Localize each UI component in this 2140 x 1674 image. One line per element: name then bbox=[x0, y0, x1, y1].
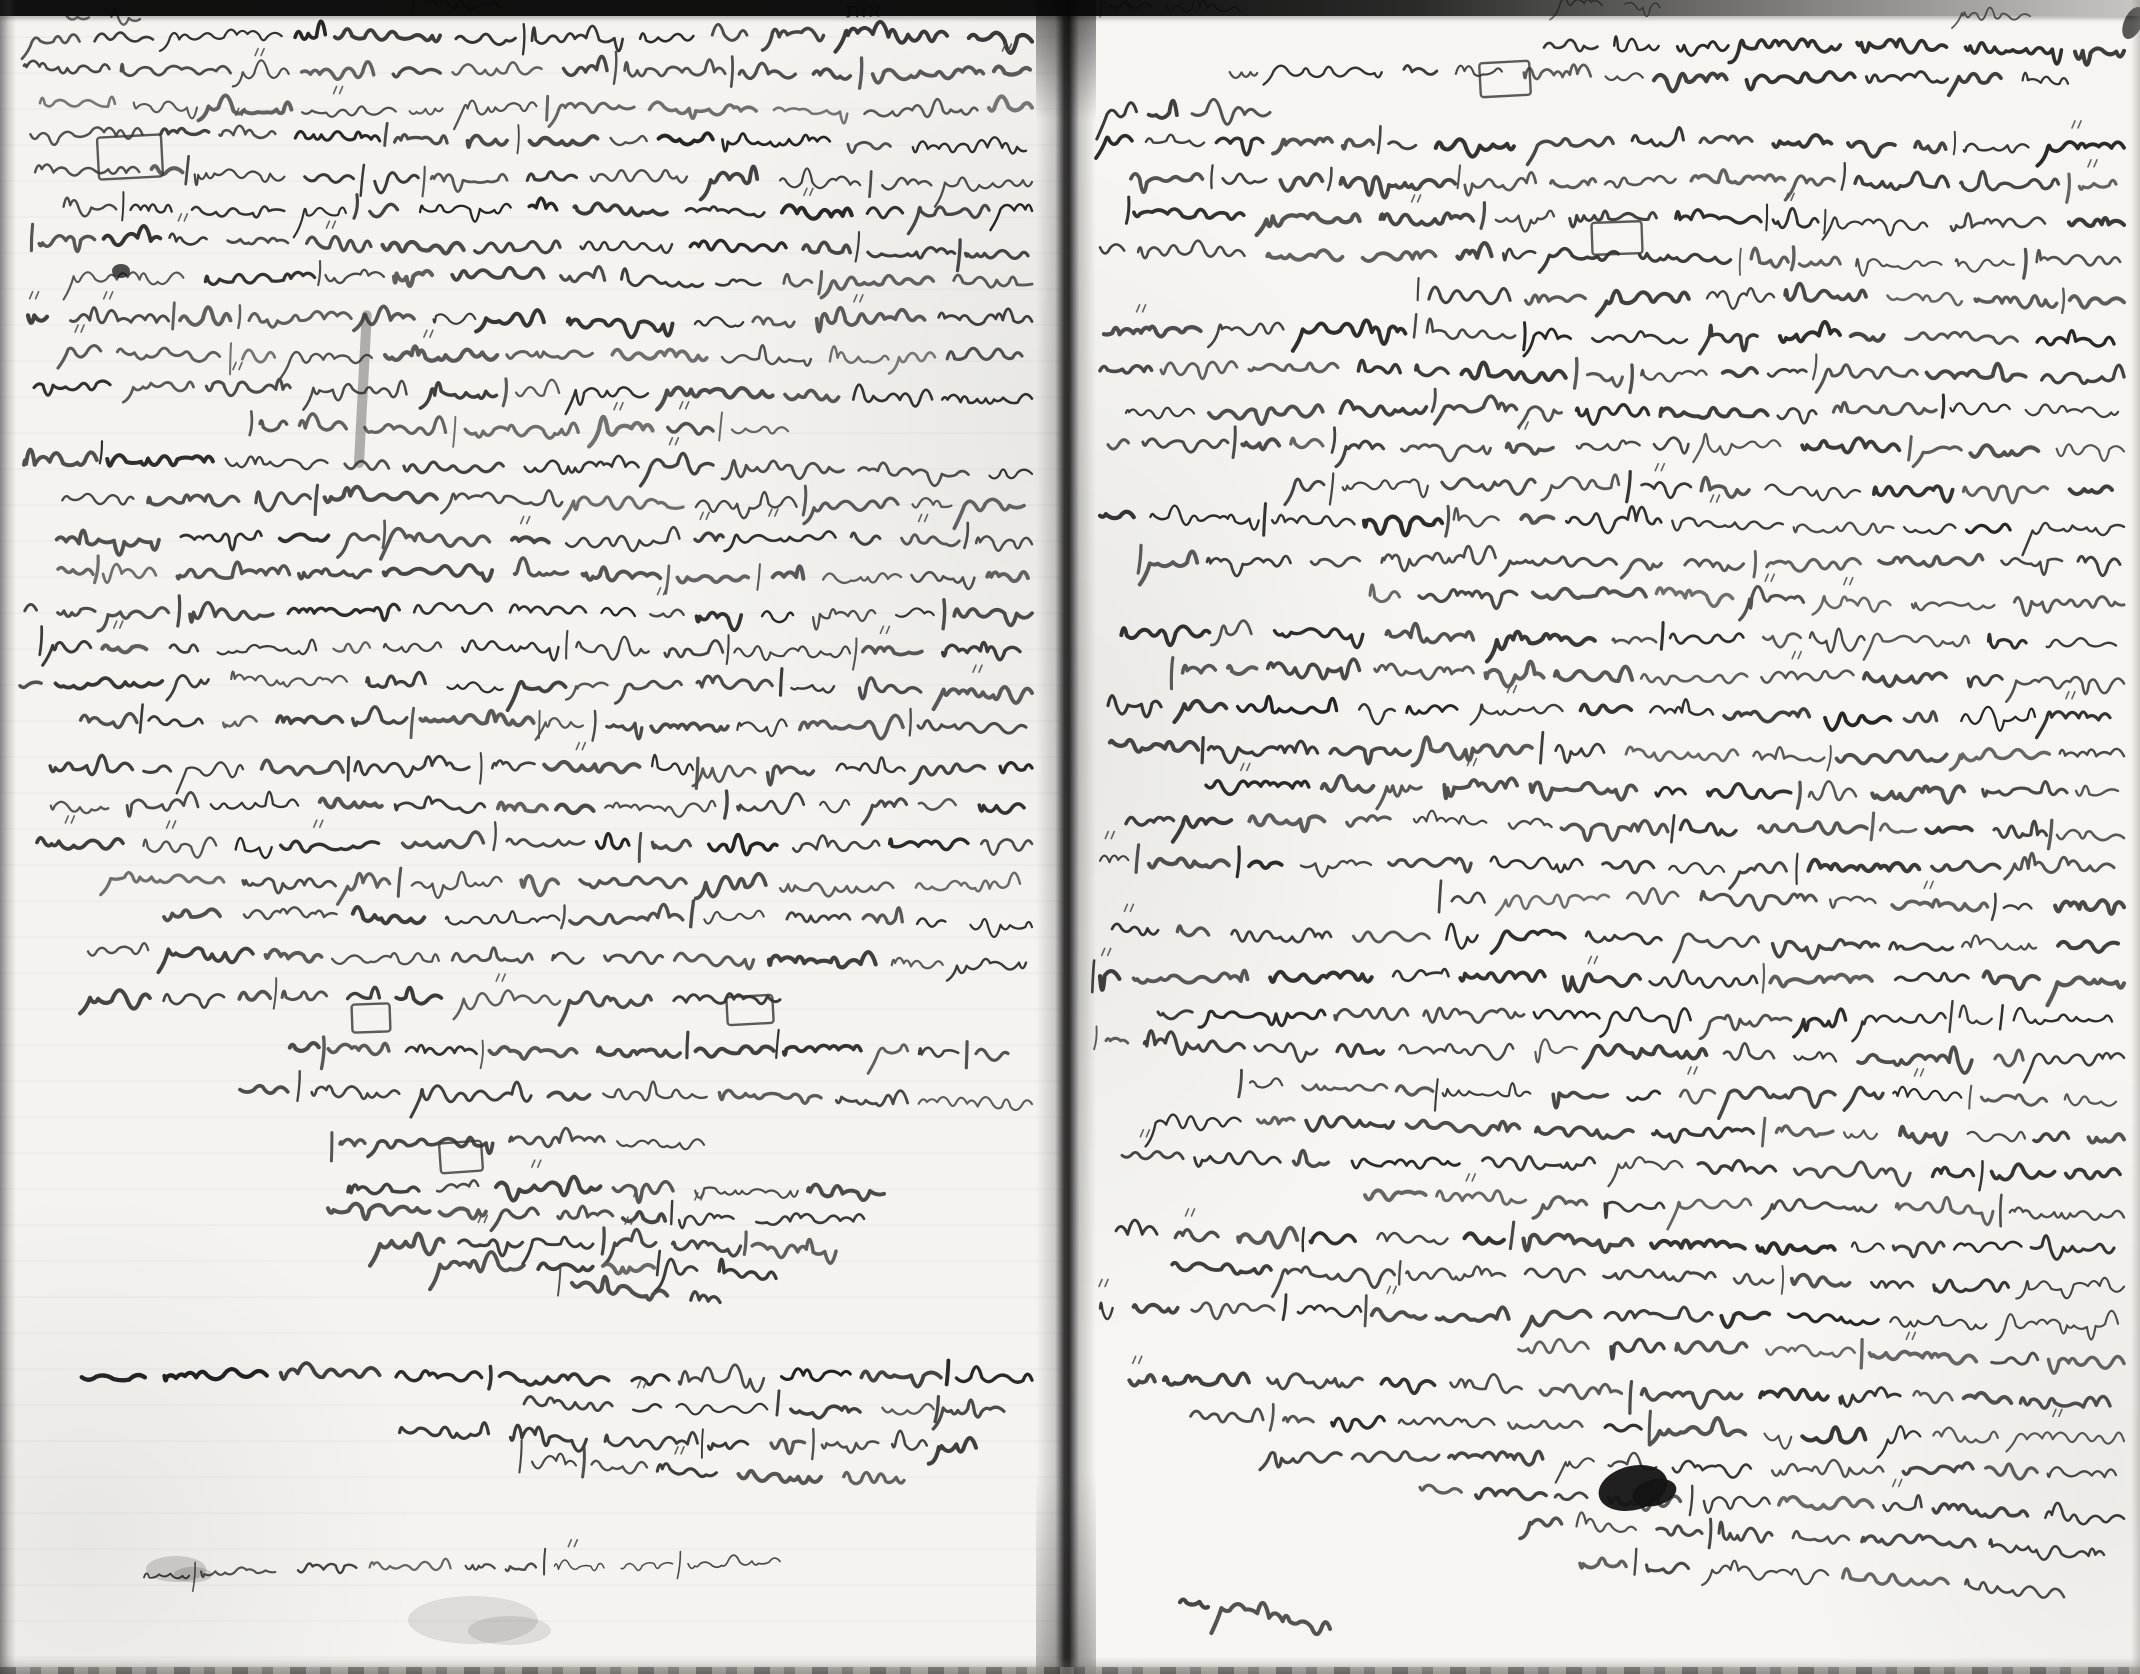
handwriting-stroke bbox=[395, 135, 448, 144]
handwriting-stroke bbox=[148, 495, 239, 506]
handwriting-stroke bbox=[383, 521, 385, 548]
handwriting-stroke bbox=[919, 515, 928, 522]
handwriting-stroke bbox=[430, 1252, 524, 1289]
handwriting-stroke bbox=[281, 841, 379, 852]
handwriting-stroke bbox=[1291, 438, 1323, 447]
handwriting-stroke bbox=[1476, 1489, 1546, 1500]
handwriting-stroke bbox=[1690, 1486, 1693, 1515]
handwriting-stroke bbox=[1449, 1451, 1543, 1464]
handwriting-stroke bbox=[496, 1177, 600, 1201]
handwriting-stroke bbox=[812, 1429, 813, 1459]
handwriting-stroke bbox=[1970, 445, 2038, 457]
handwriting-stroke bbox=[1542, 475, 1619, 500]
handwriting-stroke bbox=[1933, 1167, 1974, 1176]
handwriting-stroke bbox=[1802, 438, 1899, 452]
handwriting-stroke bbox=[1393, 969, 1448, 981]
handwriting-stroke bbox=[274, 978, 277, 1009]
handwriting-stroke bbox=[553, 953, 584, 964]
handwriting-stroke bbox=[566, 631, 567, 659]
handwriting-stroke bbox=[1893, 1242, 1944, 1257]
handwriting-stroke bbox=[979, 804, 1024, 813]
ink-blot bbox=[468, 1616, 551, 1645]
handwriting-stroke bbox=[1866, 72, 1947, 83]
handwriting-stroke bbox=[919, 799, 956, 809]
handwriting-stroke bbox=[314, 820, 323, 827]
handwriting-stroke bbox=[1496, 895, 1609, 915]
handwriting-stroke bbox=[481, 1041, 483, 1069]
handwriting-stroke bbox=[67, 17, 89, 20]
handwriting-stroke bbox=[1964, 144, 2029, 153]
handwriting-stroke bbox=[58, 608, 95, 616]
handwriting-stroke bbox=[1424, 1008, 1524, 1022]
handwriting-stroke bbox=[1933, 1504, 2027, 1517]
handwriting-stroke bbox=[1381, 1379, 1434, 1394]
handwriting-stroke bbox=[774, 108, 847, 124]
handwriting-stroke bbox=[420, 711, 533, 725]
handwriting-stroke bbox=[1175, 1230, 1218, 1241]
handwriting-stroke bbox=[288, 604, 399, 620]
handwriting-stroke bbox=[1396, 1086, 1432, 1095]
handwriting-stroke bbox=[1241, 763, 1250, 770]
handwriting-stroke bbox=[1416, 365, 1448, 376]
handwriting-stroke bbox=[1626, 747, 1738, 761]
handwriting-stroke bbox=[2023, 73, 2068, 85]
handwriting-stroke bbox=[1740, 249, 1741, 275]
handwriting-stroke bbox=[2037, 142, 2124, 166]
handwriting-stroke bbox=[854, 295, 863, 302]
handwriting-stroke bbox=[1232, 929, 1331, 942]
handwriting-stroke bbox=[574, 203, 667, 215]
handwriting-stroke bbox=[804, 498, 898, 523]
handwriting-stroke bbox=[865, 99, 978, 117]
handwriting-stroke bbox=[1927, 364, 2026, 381]
handwriting-stroke bbox=[384, 565, 492, 581]
handwriting-stroke bbox=[1766, 1345, 1854, 1356]
handwriting-stroke bbox=[178, 214, 187, 221]
handwriting-stroke bbox=[1150, 506, 1258, 530]
handwriting-stroke bbox=[2062, 289, 2064, 313]
handwriting-stroke bbox=[206, 379, 290, 395]
handwriting-stroke bbox=[889, 353, 935, 374]
handwriting-stroke bbox=[1097, 103, 1137, 139]
handwriting-stroke bbox=[1640, 254, 1731, 264]
handwriting-stroke bbox=[1544, 40, 1598, 51]
handwriting-stroke bbox=[385, 123, 388, 145]
handwriting-stroke bbox=[2067, 174, 2070, 202]
handwriting-stroke bbox=[2053, 1409, 2062, 1416]
handwriting-stroke bbox=[589, 417, 653, 447]
handwriting-stroke bbox=[1146, 135, 1204, 146]
handwriting-stroke bbox=[164, 994, 224, 1007]
handwriting-stroke bbox=[679, 1365, 764, 1392]
handwriting-stroke bbox=[688, 1555, 780, 1568]
handwriting-stroke bbox=[933, 1400, 1004, 1429]
handwriting-stroke bbox=[1191, 1409, 1264, 1422]
handwriting-stroke bbox=[1133, 1356, 1142, 1363]
handwriting-stroke bbox=[354, 195, 357, 219]
handwriting-stroke bbox=[1268, 1374, 1363, 1389]
handwriting-stroke bbox=[1551, 179, 1596, 188]
handwriting-stroke bbox=[1655, 464, 1664, 471]
handwriting-stroke bbox=[773, 566, 804, 578]
handwriting-stroke bbox=[383, 242, 464, 254]
handwriting-stroke bbox=[1237, 847, 1239, 877]
boxed-word-mark bbox=[352, 1003, 391, 1032]
handwriting-stroke bbox=[902, 535, 960, 546]
handwriting-stroke bbox=[88, 943, 148, 955]
handwriting-stroke bbox=[1121, 626, 1209, 645]
handwriting-stroke bbox=[1641, 674, 1747, 685]
handwriting-stroke bbox=[396, 1371, 482, 1381]
handwriting-stroke bbox=[1700, 1015, 1791, 1038]
handwriting-stroke bbox=[231, 672, 347, 687]
handwriting-stroke bbox=[1674, 934, 1759, 962]
handwriting-stroke bbox=[1992, 894, 1996, 920]
handwriting-stroke bbox=[556, 805, 593, 814]
handwriting-stroke bbox=[1526, 295, 1586, 304]
handwriting-stroke bbox=[503, 379, 506, 406]
handwriting-stroke bbox=[454, 101, 536, 130]
handwriting-stroke bbox=[861, 1371, 940, 1386]
handwriting-stroke bbox=[892, 1431, 927, 1450]
handwriting-stroke bbox=[2020, 1397, 2110, 1409]
handwriting-stroke bbox=[448, 682, 503, 692]
handwriting-stroke bbox=[177, 762, 243, 793]
handwriting-stroke bbox=[803, 242, 850, 253]
handwriting-stroke bbox=[1164, 1373, 1249, 1385]
handwriting-stroke bbox=[808, 1185, 884, 1201]
handwriting-stroke bbox=[1530, 782, 1636, 799]
handwriting-stroke bbox=[1521, 515, 1553, 523]
handwriting-stroke bbox=[161, 128, 209, 134]
handwriting-stroke bbox=[867, 207, 902, 217]
handwriting-stroke bbox=[411, 1082, 531, 1117]
handwriting-stroke bbox=[1586, 932, 1661, 944]
handwriting-stroke bbox=[532, 1160, 541, 1167]
handwriting-stroke bbox=[1661, 623, 1663, 650]
handwriting-stroke bbox=[973, 665, 982, 672]
handwriting-stroke bbox=[2047, 638, 2116, 647]
handwriting-stroke bbox=[1673, 1461, 1751, 1478]
handwriting-stroke bbox=[1303, 1228, 1304, 1251]
handwriting-stroke bbox=[1796, 854, 1797, 884]
handwriting-stroke bbox=[1092, 961, 1094, 993]
handwriting-stroke bbox=[787, 913, 850, 922]
handwriting-stroke bbox=[1757, 1243, 1834, 1254]
handwriting-stroke bbox=[1524, 323, 1525, 350]
handwriting-stroke bbox=[173, 303, 175, 329]
handwriting-stroke bbox=[919, 1048, 958, 1057]
handwriting-stroke bbox=[1932, 861, 2000, 871]
handwriting-stroke bbox=[1989, 634, 2027, 648]
handwriting-stroke bbox=[1851, 334, 1884, 341]
handwriting-stroke bbox=[1983, 782, 2067, 797]
handwriting-stroke bbox=[1407, 1121, 1520, 1135]
handwriting-stroke bbox=[1614, 36, 1658, 51]
handwriting-stroke bbox=[381, 529, 490, 559]
handwriting-stroke bbox=[242, 350, 274, 362]
handwriting-stroke bbox=[1926, 827, 1971, 833]
handwriting-stroke bbox=[1604, 1270, 1716, 1281]
handwriting-stroke bbox=[262, 760, 344, 774]
handwriting-stroke bbox=[149, 716, 203, 726]
handwriting-stroke bbox=[1466, 1174, 1475, 1181]
handwriting-stroke bbox=[1257, 213, 1360, 235]
handwriting-stroke bbox=[1657, 1526, 1702, 1535]
handwriting-stroke bbox=[1412, 195, 1421, 202]
handwriting-stroke bbox=[300, 414, 347, 430]
handwriting-stroke bbox=[2058, 941, 2118, 952]
handwriting-stroke bbox=[709, 835, 777, 855]
handwriting-stroke bbox=[2006, 1432, 2124, 1451]
handwriting-stroke bbox=[1451, 1374, 1522, 1392]
handwriting-stroke bbox=[1249, 815, 1324, 831]
handwriting-stroke bbox=[2000, 1195, 2001, 1226]
handwriting-stroke bbox=[863, 908, 902, 924]
handwriting-stroke bbox=[652, 755, 693, 774]
handwriting-stroke bbox=[1452, 893, 1485, 903]
handwriting-stroke bbox=[1751, 248, 1788, 267]
handwriting-stroke bbox=[1311, 557, 1360, 566]
handwriting-stroke bbox=[1223, 174, 1266, 184]
handwriting-stroke bbox=[1457, 243, 1491, 259]
handwriting-stroke bbox=[1734, 1274, 1773, 1284]
handwriting-stroke bbox=[947, 959, 1026, 981]
handwriting-stroke bbox=[2045, 1503, 2124, 1524]
handwriting-stroke bbox=[440, 1208, 486, 1218]
handwriting-stroke bbox=[671, 1201, 672, 1224]
handwriting-stroke bbox=[1792, 652, 1801, 659]
handwriting-stroke bbox=[1104, 327, 1201, 337]
handwriting-stroke bbox=[708, 1441, 747, 1449]
handwriting-stroke bbox=[2049, 1357, 2125, 1374]
handwriting-stroke bbox=[1177, 926, 1208, 936]
handwriting-stroke bbox=[564, 56, 608, 75]
handwriting-stroke bbox=[1174, 701, 1226, 722]
handwriting-stroke bbox=[277, 716, 342, 723]
handwriting-stroke bbox=[58, 346, 101, 369]
handwriting-stroke bbox=[1603, 861, 1654, 872]
handwriting-stroke bbox=[403, 832, 484, 848]
handwriting-stroke bbox=[860, 58, 862, 88]
handwriting-stroke bbox=[1137, 305, 1146, 312]
handwriting-stroke bbox=[1791, 247, 1794, 270]
handwriting-stroke bbox=[454, 990, 560, 1019]
handwriting-stroke bbox=[863, 799, 907, 824]
handwriting-stroke bbox=[1583, 1045, 1706, 1067]
handwriting-stroke bbox=[195, 169, 285, 185]
handwriting-stroke bbox=[675, 1447, 684, 1454]
handwriting-stroke bbox=[1996, 1311, 2118, 1340]
handwriting-stroke bbox=[1628, 1091, 1660, 1101]
handwriting-stroke bbox=[1129, 1375, 1154, 1385]
handwriting-stroke bbox=[1654, 438, 1688, 454]
handwriting-stroke bbox=[2024, 249, 2026, 278]
handwriting-stroke bbox=[873, 67, 984, 83]
handwriting-stroke bbox=[104, 292, 113, 299]
handwriting-stroke bbox=[991, 204, 1033, 230]
handwriting-stroke bbox=[918, 721, 1026, 734]
handwriting-stroke bbox=[1172, 1263, 1271, 1274]
handwriting-stroke bbox=[22, 35, 80, 59]
handwriting-stroke bbox=[1942, 395, 1943, 417]
handwriting-stroke bbox=[466, 1564, 495, 1569]
handwriting-stroke bbox=[338, 534, 379, 557]
handwriting-ink-layer bbox=[0, 0, 2140, 1674]
handwriting-stroke bbox=[494, 822, 496, 850]
handwriting-stroke bbox=[1249, 363, 1338, 372]
handwriting-stroke bbox=[384, 642, 441, 652]
handwriting-stroke bbox=[462, 641, 558, 661]
handwriting-stroke bbox=[178, 596, 180, 626]
handwriting-stroke bbox=[434, 314, 476, 324]
handwriting-stroke bbox=[583, 567, 661, 580]
handwriting-stroke bbox=[2048, 978, 2125, 1006]
handwriting-stroke bbox=[1283, 1295, 1286, 1320]
handwriting-stroke bbox=[935, 1397, 938, 1422]
handwriting-stroke bbox=[2088, 160, 2097, 167]
handwriting-stroke bbox=[1704, 1497, 1770, 1513]
handwriting-stroke bbox=[785, 390, 839, 401]
handwriting-stroke bbox=[1912, 603, 1994, 611]
handwriting-stroke bbox=[1848, 142, 1895, 157]
handwriting-stroke bbox=[1386, 624, 1473, 643]
handwriting-stroke bbox=[1238, 696, 1337, 712]
handwriting-stroke bbox=[1239, 1070, 1242, 1097]
handwriting-stroke bbox=[697, 676, 772, 690]
handwriting-stroke bbox=[1556, 744, 1604, 762]
handwriting-stroke bbox=[1576, 405, 1648, 425]
handwriting-stroke bbox=[910, 709, 911, 736]
handwriting-stroke bbox=[307, 237, 371, 252]
handwriting-stroke bbox=[1508, 1421, 1582, 1429]
handwriting-stroke bbox=[326, 270, 384, 283]
handwriting-stroke bbox=[1740, 587, 1804, 620]
handwriting-stroke bbox=[1668, 1199, 1751, 1229]
handwriting-stroke bbox=[727, 635, 729, 664]
handwriting-stroke bbox=[2078, 556, 2120, 575]
handwriting-stroke bbox=[1630, 1382, 1632, 1414]
handwriting-stroke bbox=[1872, 786, 1964, 802]
handwriting-stroke bbox=[1126, 817, 1174, 825]
handwriting-stroke bbox=[680, 402, 689, 409]
handwriting-stroke bbox=[1250, 1078, 1282, 1087]
handwriting-stroke bbox=[1353, 932, 1429, 942]
handwriting-stroke bbox=[691, 1292, 720, 1303]
handwriting-stroke bbox=[1794, 1009, 1846, 1037]
handwriting-stroke bbox=[655, 1259, 697, 1291]
handwriting-stroke bbox=[919, 1097, 1032, 1110]
handwriting-stroke bbox=[353, 707, 407, 726]
handwriting-stroke bbox=[1347, 816, 1390, 826]
ink-blot bbox=[112, 264, 130, 278]
handwriting-stroke bbox=[1950, 749, 2049, 770]
handwriting-stroke bbox=[1904, 712, 1936, 722]
handwriting-stroke bbox=[793, 836, 879, 852]
handwriting-stroke bbox=[1609, 1157, 1683, 1186]
handwriting-stroke bbox=[762, 611, 793, 622]
right-scan-edge bbox=[2131, 0, 2140, 1674]
handwriting-stroke bbox=[1890, 942, 1953, 950]
handwriting-stroke bbox=[243, 879, 336, 893]
handwriting-stroke bbox=[568, 318, 673, 337]
handwriting-stroke bbox=[1992, 1164, 2055, 1179]
handwriting-stroke bbox=[1809, 860, 1920, 871]
handwriting-stroke bbox=[935, 178, 1032, 207]
handwriting-stroke bbox=[2066, 1169, 2120, 1179]
handwriting-stroke bbox=[1844, 578, 1853, 585]
handwriting-stroke bbox=[687, 1032, 688, 1058]
handwriting-stroke bbox=[1691, 170, 1784, 184]
handwriting-stroke bbox=[1486, 662, 1544, 687]
handwriting-stroke bbox=[677, 1552, 680, 1579]
handwriting-stroke bbox=[544, 762, 639, 772]
handwriting-stroke bbox=[1283, 1416, 1313, 1422]
handwriting-stroke bbox=[295, 131, 379, 141]
handwriting-stroke bbox=[1719, 1522, 1772, 1542]
handwriting-stroke bbox=[1968, 676, 2002, 687]
handwriting-stroke bbox=[1158, 1011, 1192, 1019]
handwriting-stroke bbox=[695, 317, 743, 327]
handwriting-stroke bbox=[1635, 1549, 1637, 1575]
handwriting-stroke bbox=[530, 136, 598, 145]
handwriting-stroke bbox=[446, 911, 559, 924]
handwriting-stroke bbox=[170, 645, 198, 653]
boxed-word-mark bbox=[1479, 61, 1531, 98]
handwriting-stroke bbox=[804, 188, 813, 195]
handwriting-stroke bbox=[1199, 1010, 1325, 1027]
handwriting-stroke bbox=[572, 1277, 667, 1300]
handwriting-stroke bbox=[489, 1047, 576, 1059]
handwriting-stroke bbox=[260, 421, 287, 431]
handwriting-stroke bbox=[837, 758, 905, 773]
handwriting-stroke bbox=[1613, 637, 1656, 643]
handwriting-stroke bbox=[1462, 363, 1566, 382]
handwriting-stroke bbox=[452, 948, 532, 963]
handwriting-stroke bbox=[1126, 408, 1194, 419]
handwriting-stroke bbox=[1208, 741, 1317, 762]
handwriting-stroke bbox=[621, 1563, 672, 1571]
handwriting-stroke bbox=[538, 1263, 593, 1271]
handwriting-stroke bbox=[738, 794, 804, 814]
handwriting-stroke bbox=[696, 874, 766, 899]
handwriting-stroke bbox=[1772, 1460, 1883, 1477]
handwriting-stroke bbox=[1100, 512, 1134, 518]
handwriting-stroke bbox=[140, 705, 143, 733]
handwriting-stroke bbox=[1144, 1031, 1244, 1055]
handwriting-stroke bbox=[1140, 1130, 1149, 1137]
handwriting-stroke bbox=[30, 292, 39, 299]
handwriting-stroke bbox=[1824, 210, 1825, 234]
handwriting-stroke bbox=[1528, 137, 1614, 164]
handwriting-stroke bbox=[1496, 211, 1554, 232]
handwriting-stroke bbox=[1816, 365, 1917, 392]
handwriting-stroke bbox=[549, 103, 634, 126]
handwriting-stroke bbox=[554, 1560, 604, 1571]
handwriting-stroke bbox=[2069, 218, 2124, 226]
handwriting-stroke bbox=[822, 1441, 878, 1452]
handwriting-stroke bbox=[1134, 971, 1248, 983]
handwriting-stroke bbox=[1900, 1127, 1946, 1145]
handwriting-stroke bbox=[1759, 822, 1867, 834]
handwriting-stroke bbox=[780, 883, 893, 897]
handwriting-stroke bbox=[693, 766, 755, 786]
handwriting-stroke bbox=[1650, 699, 1713, 714]
handwriting-stroke bbox=[782, 1369, 851, 1381]
handwriting-stroke bbox=[859, 678, 920, 699]
handwriting-stroke bbox=[370, 204, 398, 216]
handwriting-stroke bbox=[1413, 737, 1532, 765]
